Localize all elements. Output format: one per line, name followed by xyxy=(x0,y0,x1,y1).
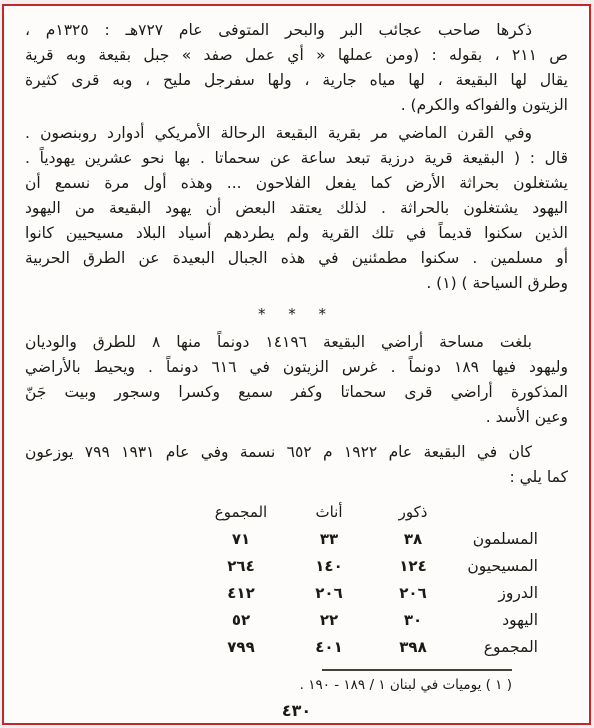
row-label: المجموع xyxy=(456,638,538,656)
cell-males: ٣٠ xyxy=(370,611,456,629)
cell-females: ٢٢ xyxy=(288,611,370,629)
paragraph-land-area: بلغت مساحة أراضي البقيعة ١٤١٩٦ دونماً من… xyxy=(25,330,568,430)
text-line: ص ٢١١ ، بقوله : (ومن عملها « أي عمل صفد … xyxy=(25,43,568,68)
table-row-jews: اليهود ٣٠ ٢٢ ٥٢ xyxy=(194,606,538,633)
cell-females: ١٤٠ xyxy=(288,557,370,575)
text-line: كما يلي : xyxy=(25,465,568,490)
cell-total: ٢٦٤ xyxy=(194,557,288,575)
text-line: وليهود فيها ١٨٩ دونماً . غرس الزيتون في … xyxy=(25,355,568,380)
text-line: المذكورة أراضي قرى سحماتا وكفر سميع وكسر… xyxy=(25,380,568,405)
paragraph-robinson: وفي القرن الماضي مر بقرية البقيعة الرحال… xyxy=(25,121,568,146)
cell-total: ٤١٢ xyxy=(194,584,288,602)
table-row-total: المجموع ٣٩٨ ٤٠١ ٧٩٩ xyxy=(194,633,538,660)
cell-total: ٥٢ xyxy=(194,611,288,629)
col-header-females: أناث xyxy=(288,503,370,521)
table-row-muslims: المسلمون ٣٨ ٣٣ ٧١ xyxy=(194,525,538,552)
col-header-males: ذكور xyxy=(370,503,456,521)
cell-females: ٣٣ xyxy=(288,530,370,548)
text-line: وطرق السياحة ) (١) . xyxy=(25,271,568,296)
cell-males: ٢٠٦ xyxy=(370,584,456,602)
footnote-divider xyxy=(322,669,512,671)
text-line: يشتغلون بحراثة الأرض كما يفعل الفلاحون .… xyxy=(25,171,568,196)
cell-males: ٣٩٨ xyxy=(370,638,456,656)
book-page: ذكرها صاحب عجائب البر والبحر المتوفى عام… xyxy=(2,4,591,725)
text-line: وفي القرن الماضي مر بقرية البقيعة الرحال… xyxy=(25,121,568,146)
page-number: ٤٣٠ xyxy=(25,701,568,720)
text-line: وعين الأسد . xyxy=(25,405,568,430)
text-line: أو مسلمين . سكنوا مطمئنين في هذه الجبال … xyxy=(25,246,568,271)
table-header-row: ذكور أناث المجموع xyxy=(194,498,538,525)
cell-females: ٢٠٦ xyxy=(288,584,370,602)
paragraph-robinson-quote: قال : ( البقيعة قرية درزية تبعد ساعة عن … xyxy=(25,146,568,296)
cell-total: ٧١ xyxy=(194,530,288,548)
footnote: ( ١ ) يوميات في لبنان ١ / ١٨٩ - ١٩٠ . xyxy=(25,676,512,695)
section-divider-stars: * * * xyxy=(25,304,568,324)
page-frame: ذكرها صاحب عجائب البر والبحر المتوفى عام… xyxy=(0,0,594,728)
text-line: ذكرها صاحب عجائب البر والبحر المتوفى عام… xyxy=(25,18,568,43)
col-header-total: المجموع xyxy=(194,503,288,521)
row-label: المسيحيون xyxy=(456,557,538,575)
text-line: الزيتون والفواكه والكرم) . xyxy=(25,93,568,118)
table-row-druze: الدروز ٢٠٦ ٢٠٦ ٤١٢ xyxy=(194,579,538,606)
cell-total: ٧٩٩ xyxy=(194,638,288,656)
row-label: المسلمون xyxy=(456,530,538,548)
text-line: قال : ( البقيعة قرية درزية تبعد ساعة عن … xyxy=(25,146,568,171)
cell-males: ٣٨ xyxy=(370,530,456,548)
text-line: يقال لها البقيعة ، لها مياه جارية ، ولها… xyxy=(25,68,568,93)
text-line: الذين سكنوا قديماً في تلك القرية ولم يطر… xyxy=(25,221,568,246)
population-table: ذكور أناث المجموع المسلمون ٣٨ ٣٣ ٧١ المس… xyxy=(194,498,538,660)
cell-females: ٤٠١ xyxy=(288,638,370,656)
paragraph-intro-quote: ذكرها صاحب عجائب البر والبحر المتوفى عام… xyxy=(25,18,568,118)
text-line: بلغت مساحة أراضي البقيعة ١٤١٩٦ دونماً من… xyxy=(25,330,568,355)
paragraph-population: كان في البقيعة عام ١٩٢٢ م ٦٥٢ نسمة وفي ع… xyxy=(25,440,568,490)
text-line: كان في البقيعة عام ١٩٢٢ م ٦٥٢ نسمة وفي ع… xyxy=(25,440,568,465)
text-line: اليهود يشتغلون بالحراثة . لذلك يعتقد الب… xyxy=(25,196,568,221)
table-row-christians: المسيحيون ١٢٤ ١٤٠ ٢٦٤ xyxy=(194,552,538,579)
cell-males: ١٢٤ xyxy=(370,557,456,575)
row-label: اليهود xyxy=(456,611,538,629)
row-label: الدروز xyxy=(456,584,538,602)
